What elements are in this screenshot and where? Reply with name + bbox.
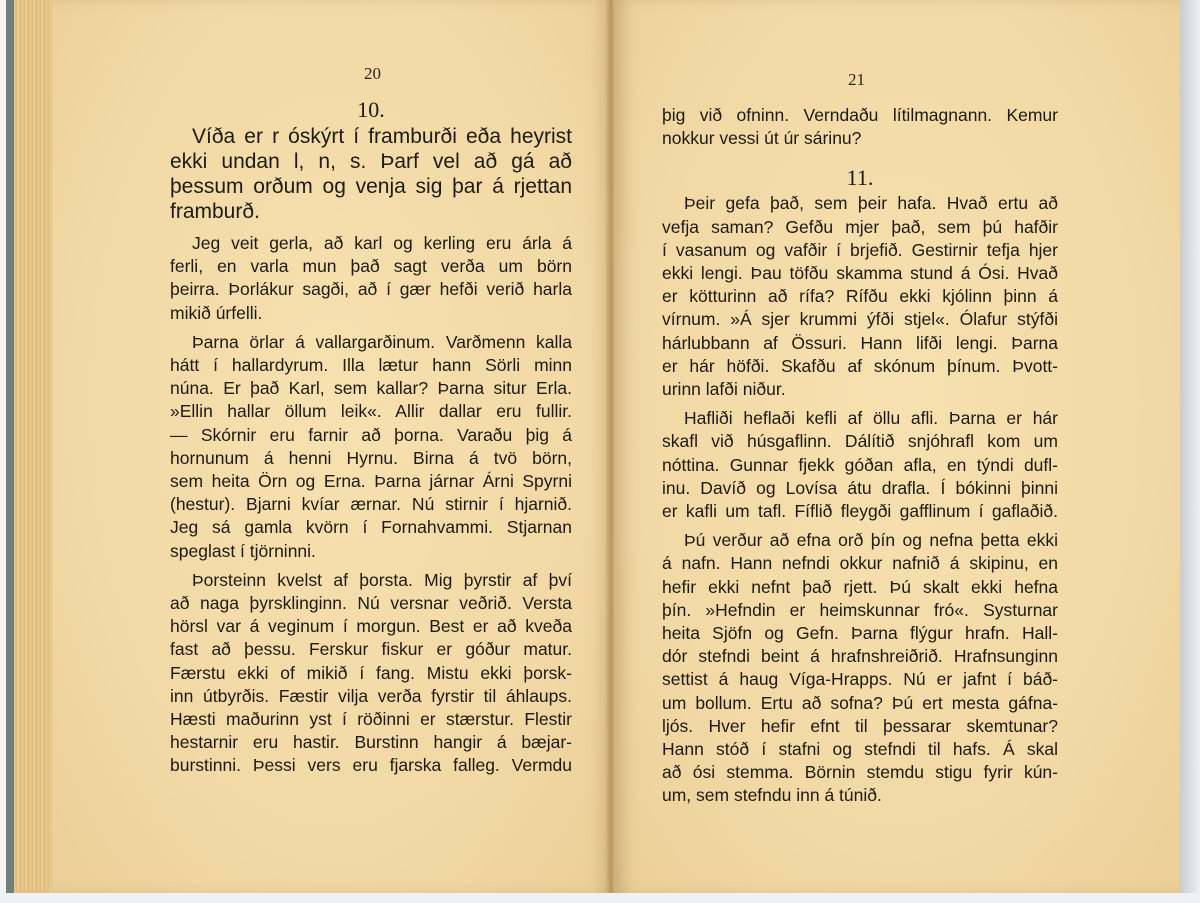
text-line: mikið úrfelli.: [170, 302, 572, 325]
left-page-body: 10. Víða er r óskýrt í framburði eða hey…: [170, 96, 572, 778]
text-line: skafl við húsgaflinn. Dálítið snjóhrafl …: [662, 430, 1058, 453]
text-line: Þorsteinn kvelst af þorsta. Mig þyrstir …: [170, 569, 572, 592]
text-line: burstinni. Þessi vers eru fjarska falleg…: [170, 754, 572, 777]
paragraph: Þarna örlar á vallargarðinum. Varðmenn k…: [170, 331, 572, 563]
text-line: núna. Er það Karl, sem kallar? Þarna sit…: [170, 377, 572, 400]
text-line: er hár höfði. Skafðu af skónum þínum. Þv…: [662, 355, 1058, 378]
text-line: um bollum. Ertu að sofna? Þú ert mesta g…: [662, 692, 1058, 715]
text-line: Hæsti maðurinn yst í röðinni er stærstur…: [170, 708, 572, 731]
text-line: hestarnir eru hastir. Burstinn hangir á …: [170, 731, 572, 754]
intro-paragraph: Víða er r óskýrt í framburði eða heyrist…: [170, 124, 572, 224]
text-line: ljós. Hver hefir efnt til þessarar skemt…: [662, 715, 1058, 738]
text-line: þessum orðum og venja sig þar á rjettan: [170, 174, 572, 199]
text-line: hárlubbann af Össuri. Hann lifði lengi. …: [662, 332, 1058, 355]
text-line: sem heita Örn og Erna. Þarna járnar Árni…: [170, 470, 572, 493]
page-number: 20: [364, 64, 381, 84]
left-page: 20 10. Víða er r óskýrt í framburði eða …: [52, 0, 612, 893]
text-line: Víða er r óskýrt í framburði eða heyrist: [170, 124, 572, 149]
text-line: speglast í tjörninni.: [170, 540, 572, 563]
text-line: settist á haug Víga-Hrapps. Nú er jafnt …: [662, 668, 1058, 691]
section-number: 10.: [170, 96, 572, 124]
paragraph: Þú verður að efna orð þín og nefna þetta…: [662, 529, 1058, 807]
text-line: Færstu ekki of mikið í fang. Mistu ekki …: [170, 662, 572, 685]
text-line: inn útbyrðis. Fæstir vilja verða fyrstir…: [170, 685, 572, 708]
text-line: framburð.: [170, 199, 572, 224]
text-line: ekki lengi. Þau töfðu skamma stund á Ósi…: [662, 262, 1058, 285]
text-line: hörsl var á veginum í morgun. Best er að…: [170, 615, 572, 638]
text-line: er kötturinn að rífa? Rífðu ekki kjólinn…: [662, 285, 1058, 308]
text-line: (hestur). Bjarni kvíar ærnar. Nú stirnir…: [170, 493, 572, 516]
right-page: 21 þig við ofninn. Verndaðu lítilmagnann…: [614, 0, 1180, 893]
continuation-paragraph: þig við ofninn. Verndaðu lítilmagnann. K…: [662, 104, 1058, 150]
page-number: 21: [848, 70, 865, 90]
text-line: hornunum á henni Hyrnu. Birna á tvö börn…: [170, 447, 572, 470]
page-stack-edge: [14, 0, 54, 893]
text-line: um, sem stefndu inn á túnið.: [662, 784, 1058, 807]
text-line: hefir ekki nefnt það rjett. Þú skalt ekk…: [662, 576, 1058, 599]
text-line: þín. »Hefndin er heimskunnar fró«. Systu…: [662, 599, 1058, 622]
text-line: að ósi stemma. Börnin stemdu stigu fyrir…: [662, 761, 1058, 784]
text-line: í vasanum og vafðir í brjefið. Gestirnir…: [662, 239, 1058, 262]
text-line: Þú verður að efna orð þín og nefna þetta…: [662, 529, 1058, 552]
text-line: urinn lafði niður.: [662, 378, 1058, 401]
text-line: þeirra. Þorlákur sagði, að í gær hefði v…: [170, 278, 572, 301]
text-line: Þeir gefa það, sem þeir hafa. Hvað ertu …: [662, 192, 1058, 215]
text-line: Hafliði heflaði kefli af öllu afli. Þarn…: [662, 407, 1058, 430]
section-number: 11.: [662, 164, 1058, 192]
background-edge: [0, 893, 1200, 903]
text-line: vefja saman? Gefðu mjer það, sem þú hafð…: [662, 216, 1058, 239]
text-line: Þarna örlar á vallargarðinum. Varðmenn k…: [170, 331, 572, 354]
text-line: er kafli um tafl. Fíflið fleygði gafflin…: [662, 500, 1058, 523]
text-line: Hann stóð í stafni og stefndi til hafs. …: [662, 738, 1058, 761]
text-line: ferli, en varla mun það sagt verða um bö…: [170, 255, 572, 278]
text-line: Jeg sá gamla kvörn í Fornahvammi. Stjarn…: [170, 516, 572, 539]
text-line: vírnum. »Á sjer krummi ýfði stjel«. Ólaf…: [662, 308, 1058, 331]
text-line: fast að þessu. Ferskur fiskur er góður m…: [170, 638, 572, 661]
text-line: á nafn. Hann nefndi okkur nafnið á skipi…: [662, 552, 1058, 575]
text-line: hátt í hallardyrum. Illa lætur hann Sörl…: [170, 354, 572, 377]
background-edge: [1180, 0, 1200, 903]
text-line: inu. Davíð og Lovísa átu drafla. Í bókin…: [662, 477, 1058, 500]
paragraph: Jeg veit gerla, að karl og kerling eru á…: [170, 232, 572, 325]
paragraph: Hafliði heflaði kefli af öllu afli. Þarn…: [662, 407, 1058, 523]
text-line: »Ellin hallar öllum leik«. Allir dallar …: [170, 400, 572, 423]
text-line: Jeg veit gerla, að karl og kerling eru á…: [170, 232, 572, 255]
text-line: heita Sjöfn og Gefn. Þarna flýgur hrafn.…: [662, 622, 1058, 645]
text-line: — Skórnir eru farnir að þorna. Varaðu þi…: [170, 424, 572, 447]
text-line: þig við ofninn. Verndaðu lítilmagnann. K…: [662, 104, 1058, 127]
right-page-body: þig við ofninn. Verndaðu lítilmagnann. K…: [662, 104, 1058, 808]
paragraph: Þeir gefa það, sem þeir hafa. Hvað ertu …: [662, 192, 1058, 401]
text-line: nokkur vessi út úr sárinu?: [662, 127, 1058, 150]
text-line: nóttina. Gunnar fjekk góðan afla, en týn…: [662, 454, 1058, 477]
paragraph: Þorsteinn kvelst af þorsta. Mig þyrstir …: [170, 569, 572, 778]
text-line: að naga þyrsklinginn. Nú versnar veðrið.…: [170, 592, 572, 615]
text-line: ekki undan l, n, s. Þarf vel að gá að: [170, 149, 572, 174]
text-line: dór stefndi beint á hrafnshreiðrið. Hraf…: [662, 645, 1058, 668]
